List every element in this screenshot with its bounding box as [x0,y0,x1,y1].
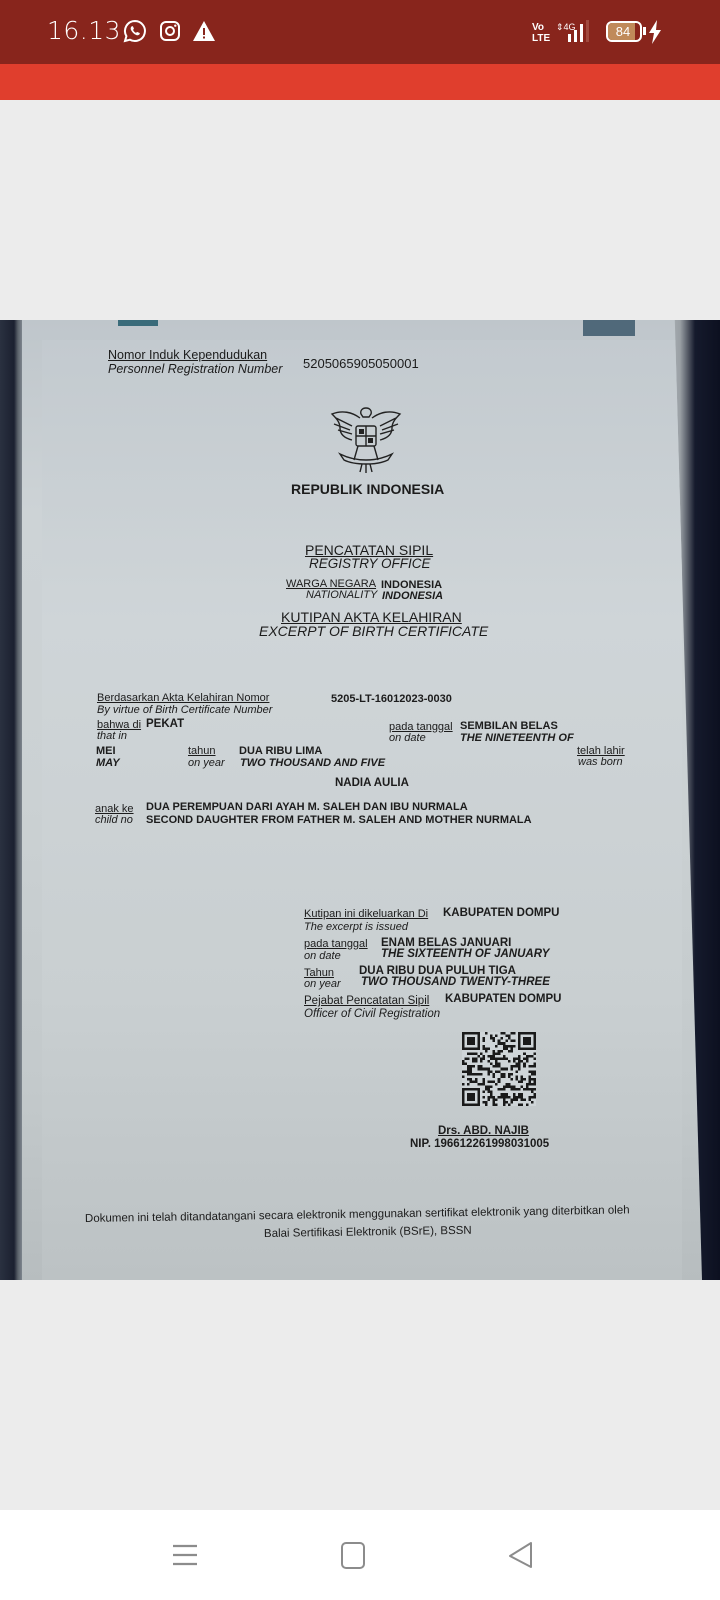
place-label-en: that in [97,730,127,742]
signal-4g-icon: ⇕4G [556,18,596,44]
issued-date-en: THE SIXTEENTH OF JANUARY [381,948,549,960]
recents-menu-icon[interactable] [170,1540,200,1570]
clock: 16.13 [47,16,121,45]
battery-level: 84 [608,24,638,39]
svg-text:Vo: Vo [532,22,544,33]
cert-number-label: Berdasarkan Akta Kelahiran Nomor [97,692,269,704]
qr-code [462,1030,536,1108]
nationality-value-en: INDONESIA [382,590,443,602]
instagram-icon [158,19,182,43]
back-icon[interactable] [506,1540,536,1570]
document-photo[interactable]: Nomor Induk Kependudukan Personnel Regis… [0,320,720,1280]
svg-text:LTE: LTE [532,33,550,44]
warning-icon [192,19,216,43]
birth-year-label-en: on year [188,757,225,769]
officer-label: Pejabat Pencatatan Sipil [304,995,429,1007]
app-bar [0,64,720,100]
born-label-en: was born [578,756,623,768]
birth-year-en: TWO THOUSAND AND FIVE [240,757,385,769]
officer-nip: NIP. 196612261998031005 [410,1138,549,1150]
navigation-bar [0,1510,720,1600]
child-description: DUA PEREMPUAN DARI AYAH M. SALEH DAN IBU… [146,801,468,813]
child-order-label-en: child no [95,814,133,826]
nationality-label-en: NATIONALITY [306,589,377,601]
status-bar: 16.13 Vo LTE ⇕4G 84 [0,0,720,64]
birth-place: PEKAT [146,718,184,730]
volte-icon: Vo LTE [530,20,550,44]
issued-date-label: pada tanggal [304,938,368,950]
country-title: REPUBLIK INDONESIA [291,481,444,497]
issued-place-label: Kutipan ini dikeluarkan Di [304,908,428,920]
child-description-en: SECOND DAUGHTER FROM FATHER M. SALEH AND… [146,814,532,826]
birth-month: MEI [96,745,116,757]
cert-number: 5205-LT-16012023-0030 [331,693,452,705]
birth-month-en: MAY [96,757,120,769]
officer-name: Drs. ABD. NAJIB [438,1125,529,1137]
footer-signature-note: Dokumen ini telah ditandatangani secara … [85,1204,630,1225]
officer-label-en: Officer of Civil Registration [304,1008,440,1020]
officer-region: KABUPATEN DOMPU [445,993,562,1005]
image-viewer[interactable]: Nomor Induk Kependudukan Personnel Regis… [0,100,720,1510]
home-icon[interactable] [338,1540,368,1570]
garuda-emblem-icon [326,402,406,478]
office-title-en: REGISTRY OFFICE [309,556,431,571]
issued-place: KABUPATEN DOMPU [443,907,560,919]
nik-label-en: Personnel Registration Number [108,362,282,376]
certificate-title-en: EXCERPT OF BIRTH CERTIFICATE [259,623,488,639]
birth-year: DUA RIBU LIMA [239,745,322,757]
birth-day-en: THE NINETEENTH OF [460,732,574,744]
child-name: NADIA AULIA [335,777,409,789]
issued-place-label-en: The excerpt is issued [304,921,408,933]
nik-label: Nomor Induk Kependudukan [108,348,267,362]
nik-value: 5205065905050001 [303,356,419,371]
battery-icon: 84 [606,21,642,42]
issued-date-label-en: on date [304,950,341,962]
issued-year-en: TWO THOUSAND TWENTY-THREE [361,976,550,988]
footer-signature-issuer: Balai Sertifikasi Elektronik (BSrE), BSS… [264,1225,472,1240]
birth-date-label-en: on date [389,732,426,744]
issued-year-label-en: on year [304,978,341,990]
whatsapp-icon [123,19,147,43]
charging-icon [648,20,662,44]
birth-day: SEMBILAN BELAS [460,720,558,732]
birth-certificate: Nomor Induk Kependudukan Personnel Regis… [0,320,720,1280]
cert-number-label-en: By virtue of Birth Certificate Number [97,704,272,716]
svg-text:⇕4G: ⇕4G [556,22,576,32]
birth-year-label: tahun [188,745,216,757]
